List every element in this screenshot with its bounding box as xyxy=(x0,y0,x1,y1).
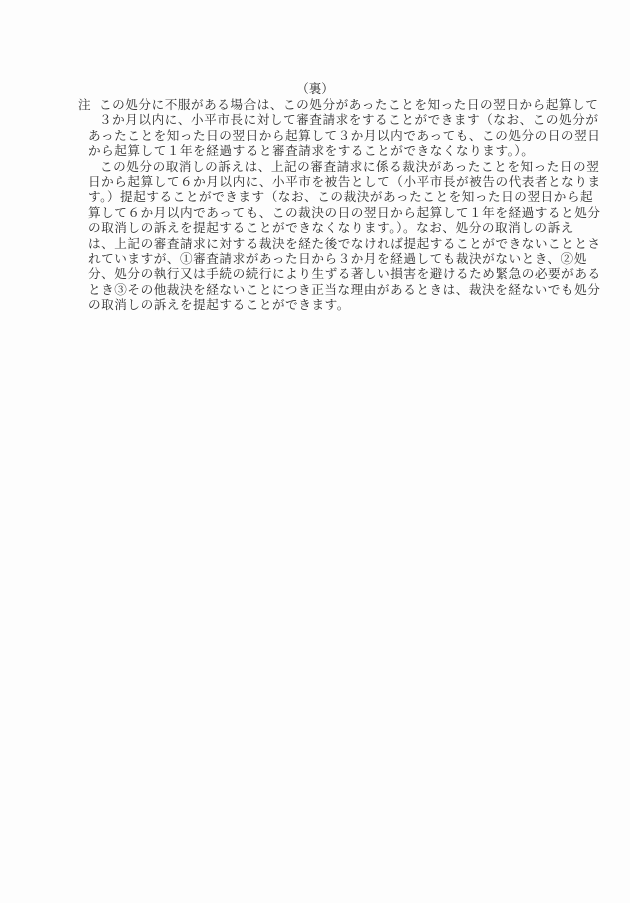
note-line-1: この処分に不服がある場合は、この処分があったことを知った日の翌日から起算して xyxy=(99,97,598,112)
note-line-9: の取消しの訴えを提起することができなくなります。）。なお、処分の取消しの訴え xyxy=(88,220,574,235)
note-line-4: から起算して１年を経過すると審査請求をすることができなくなります。）。 xyxy=(88,143,534,158)
note-line-5: この処分の取消しの訴えは、上記の審査請求に係る裁決があったことを知った日の翌 xyxy=(100,159,599,174)
note-line-11: れていますが、①審査請求があった日から３か月を経過しても裁決がないとき、②処 xyxy=(88,251,587,266)
note-line-8: 算して６か月以内であっても、この裁決の日の翌日から起算して１年を経過すると処分 xyxy=(88,205,600,220)
page-title: （裏） xyxy=(0,81,630,97)
note-line-10: は、上記の審査請求に対する裁決を経た後でなければ提起することができないこととさ xyxy=(88,236,601,251)
note-line-7: す。）提起することができます（なお、この裁決があったことを知った日の翌日から起 xyxy=(88,189,593,204)
note-line-14: の取消しの訴えを提起することができます。 xyxy=(88,297,350,312)
note-line-3: あったことを知った日の翌日から起算して３か月以内であっても、この処分の日の翌日 xyxy=(88,128,600,143)
note-line-6: 日から起算して６か月以内に、小平市を被告として（小平市長が被告の代表者となりま xyxy=(88,174,601,189)
note-line-13: とき③その他裁決を経ないことにつき正当な理由があるときは、裁決を経ないでも処分 xyxy=(88,282,600,297)
note-label: 注 xyxy=(78,97,91,112)
note-line-2: ３か月以内に、小平市長に対して審査請求をすることができます（なお、この処分が xyxy=(99,112,598,127)
note-line-12: 分、処分の執行又は手続の続行により生ずる著しい損害を避けるため緊急の必要がある xyxy=(88,266,601,281)
